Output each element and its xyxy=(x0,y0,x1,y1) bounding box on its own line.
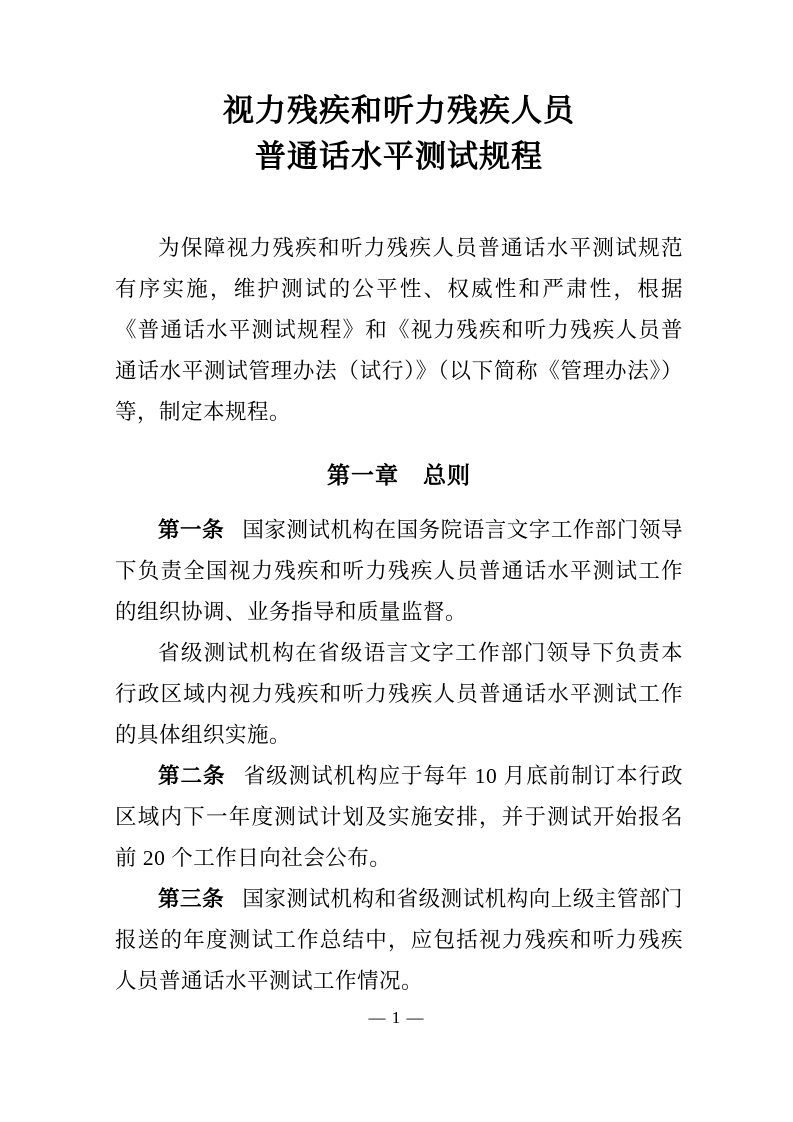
article-text: 省级测试机构在省级语言文字工作部门领导下负责本行政区域内视力残疾和听力残疾人员普… xyxy=(115,641,683,747)
article-paragraph-1-continued: 省级测试机构在省级语言文字工作部门领导下负责本行政区域内视力残疾和听力残疾人员普… xyxy=(115,633,683,756)
article-label: 第三条 xyxy=(158,887,224,911)
page-number: — 1 — xyxy=(0,1008,793,1028)
article-paragraph-1: 第一条国家测试机构在国务院语言文字工作部门领导下负责全国视力残疾和听力残疾人员普… xyxy=(115,510,683,633)
chapter-heading: 第一章 总则 xyxy=(115,455,683,496)
document-title-line-2: 普通话水平测试规程 xyxy=(115,134,683,180)
document-title-line-1: 视力残疾和听力残疾人员 xyxy=(115,88,683,134)
article-label: 第一条 xyxy=(158,518,224,542)
article-paragraph-3: 第三条国家测试机构和省级测试机构向上级主管部门报送的年度测试工作总结中，应包括视… xyxy=(115,879,683,1002)
document-title: 视力残疾和听力残疾人员 普通话水平测试规程 xyxy=(115,88,683,180)
document-page: 视力残疾和听力残疾人员 普通话水平测试规程 为保障视力残疾和听力残疾人员普通话水… xyxy=(0,0,793,1122)
article-label: 第二条 xyxy=(158,764,225,788)
intro-paragraph: 为保障视力残疾和听力残疾人员普通话水平测试规范有序实施，维护测试的公平性、权威性… xyxy=(115,228,683,433)
article-paragraph-2: 第二条省级测试机构应于每年 10 月底前制订本行政区域内下一年度测试计划及实施安… xyxy=(115,756,683,879)
